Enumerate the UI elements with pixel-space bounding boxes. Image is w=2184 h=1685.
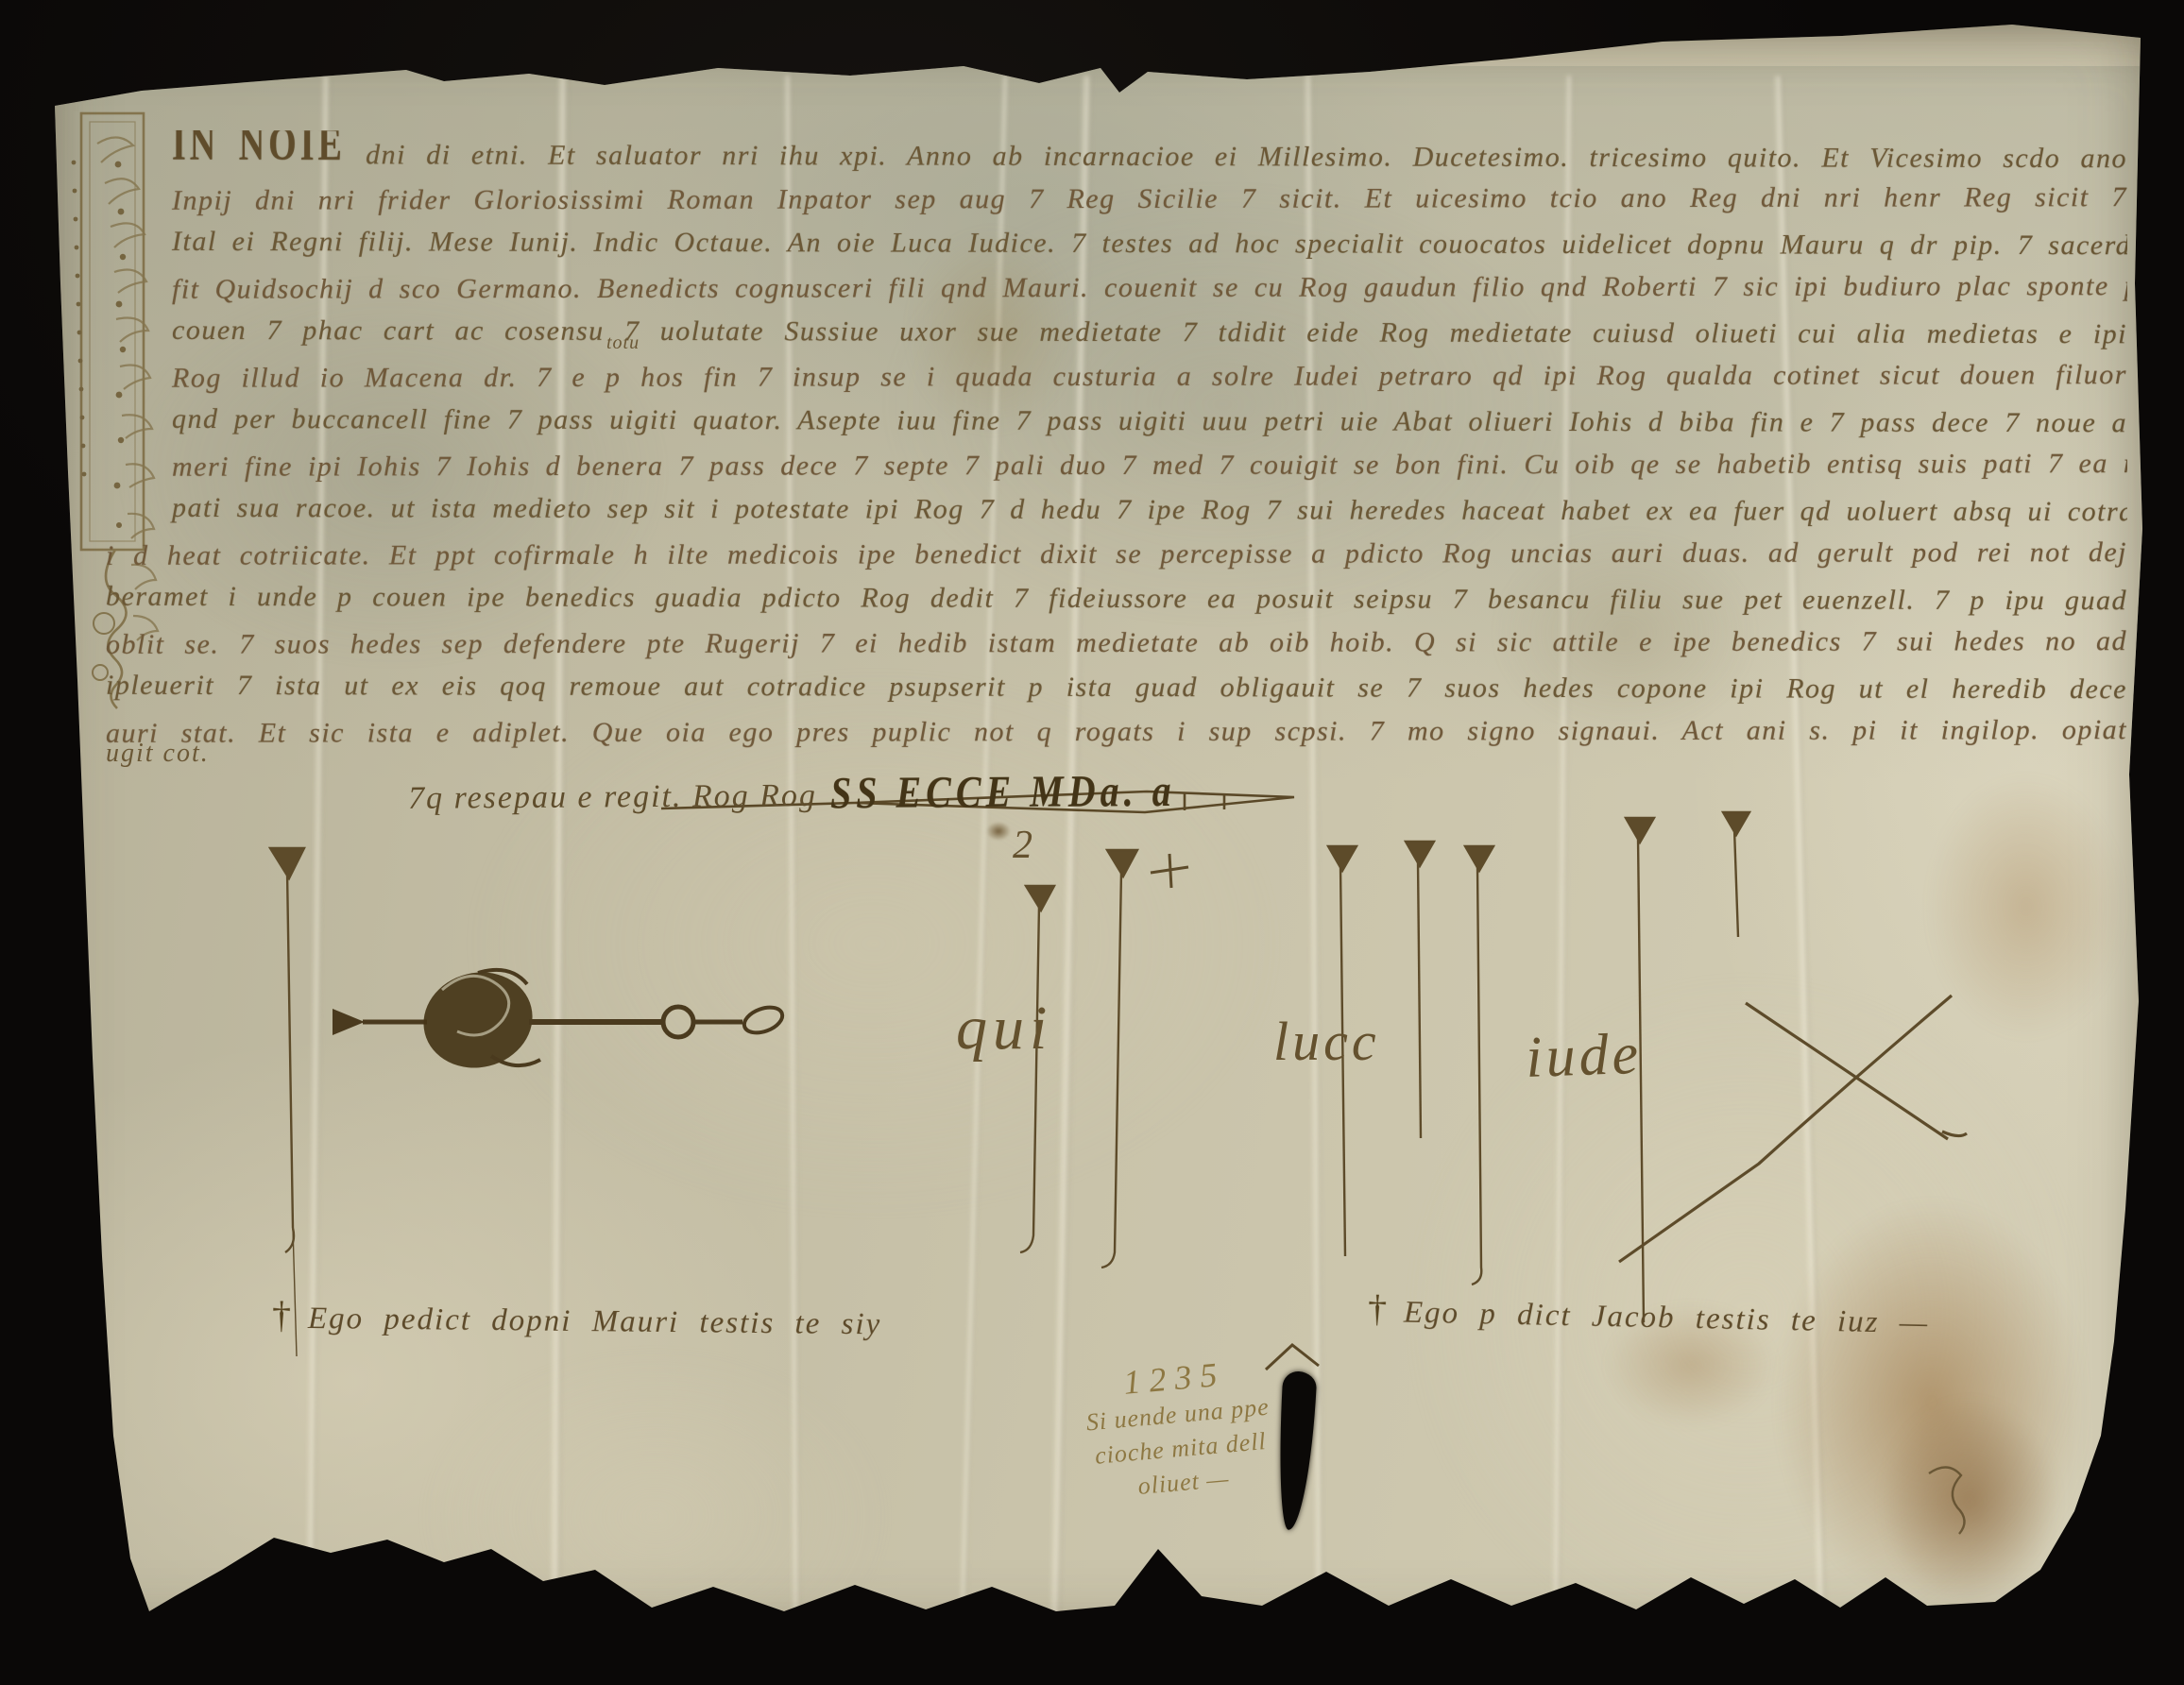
eschatocol-caps: SS ECCE MDa. a (830, 763, 1176, 819)
parchment-slit (1275, 1370, 1318, 1531)
signum-word-luce: lucc (1273, 1011, 1380, 1072)
parchment: qui lucc iude 2 IN NOIE dni di etni. Et … (0, 0, 2184, 1685)
charter-line: auri stat. Et sic ista e adiplet. Que oi… (106, 707, 2127, 756)
charter-line: qnd per buccancell fine 7 pass uigiti qu… (106, 397, 2127, 445)
corner-scrawl (1929, 1467, 1965, 1534)
charter-line: Rog illud io Macena dr. 7 e p hos fin 7 … (106, 352, 2127, 400)
charter-line-text: dni di etni. Et saluator nri ihu xpi. An… (366, 139, 2127, 174)
signum-word-qui: qui (956, 994, 1052, 1063)
charter-line: oblit se. 7 suos hedes sep defendere pte… (106, 619, 2127, 667)
signum-cross-mark (1151, 854, 1188, 888)
signum-tall-strokes (270, 812, 1749, 1356)
charter-line: pati sua racoe. ut ista medieto sep sit … (106, 485, 2127, 534)
charter-line: Ital ei Regni filij. Mese Iunij. Indic O… (106, 219, 2127, 267)
witness-line-left: †Ego pedict dopni Mauri testis te siy (272, 1293, 882, 1344)
ink-spot (986, 822, 1011, 841)
interlinear-insertion: totu (606, 332, 640, 354)
stain (1880, 1398, 2059, 1606)
eschatocol-text: 7q resepau e regit. Rog Rog (408, 778, 817, 816)
stain (1776, 1200, 2088, 1606)
witness-cross-icon: † (272, 1294, 293, 1336)
signum-x-flourish (1619, 996, 1967, 1262)
charter-line: meri fine ipi Iohis 7 Iohis d benera 7 p… (106, 441, 2127, 489)
charter-line: beramet i unde p couen ipe benedics guad… (106, 574, 2127, 622)
witness-cross-icon: † (1368, 1287, 1390, 1330)
charter-line: couen 7 phac cart ac cosensu 7 uolutate … (106, 308, 2127, 356)
witness-line-right: †Ego p dict Jacob testis te iuz — (1368, 1286, 1930, 1342)
notary-subscription: qui lucc iude 2 (270, 812, 1967, 1356)
signum-squiggle: 2 (1013, 824, 1032, 867)
charter-line: Inpij dni nri frider Gloriosissimi Roman… (106, 175, 2127, 223)
charter-line: i d heat cotriicate. Et ppt cofirmale h … (106, 530, 2127, 578)
witness-text: Ego p dict Jacob testis te iuz — (1404, 1296, 1930, 1341)
photo-background: qui lucc iude 2 IN NOIE dni di etni. Et … (0, 0, 2184, 1685)
charter-line-fragment: ugit cot. (106, 739, 210, 769)
stain (1927, 774, 2125, 1039)
charter-line: ipleuerit 7 ista ut ex eis qoq remoue au… (106, 663, 2127, 711)
eschatocol-line: 7q resepau e regit. Rog RogSS ECCE MDa. … (408, 768, 1176, 818)
witness-text: Ego pedict dopni Mauri testis te siy (308, 1302, 882, 1341)
notary-signum-knot (333, 961, 786, 1079)
signum-word-iudex: iude (1525, 1022, 1643, 1090)
invocation-caps: IN NOIE (172, 130, 346, 176)
charter-line: IN NOIE dni di etni. Et saluator nri ihu… (106, 130, 2127, 179)
charter-text-block: IN NOIE dni di etni. Et saluator nri ihu… (106, 132, 2127, 754)
charter-line: fit Quidsochij d sco Germano. Benedicts … (106, 264, 2127, 312)
